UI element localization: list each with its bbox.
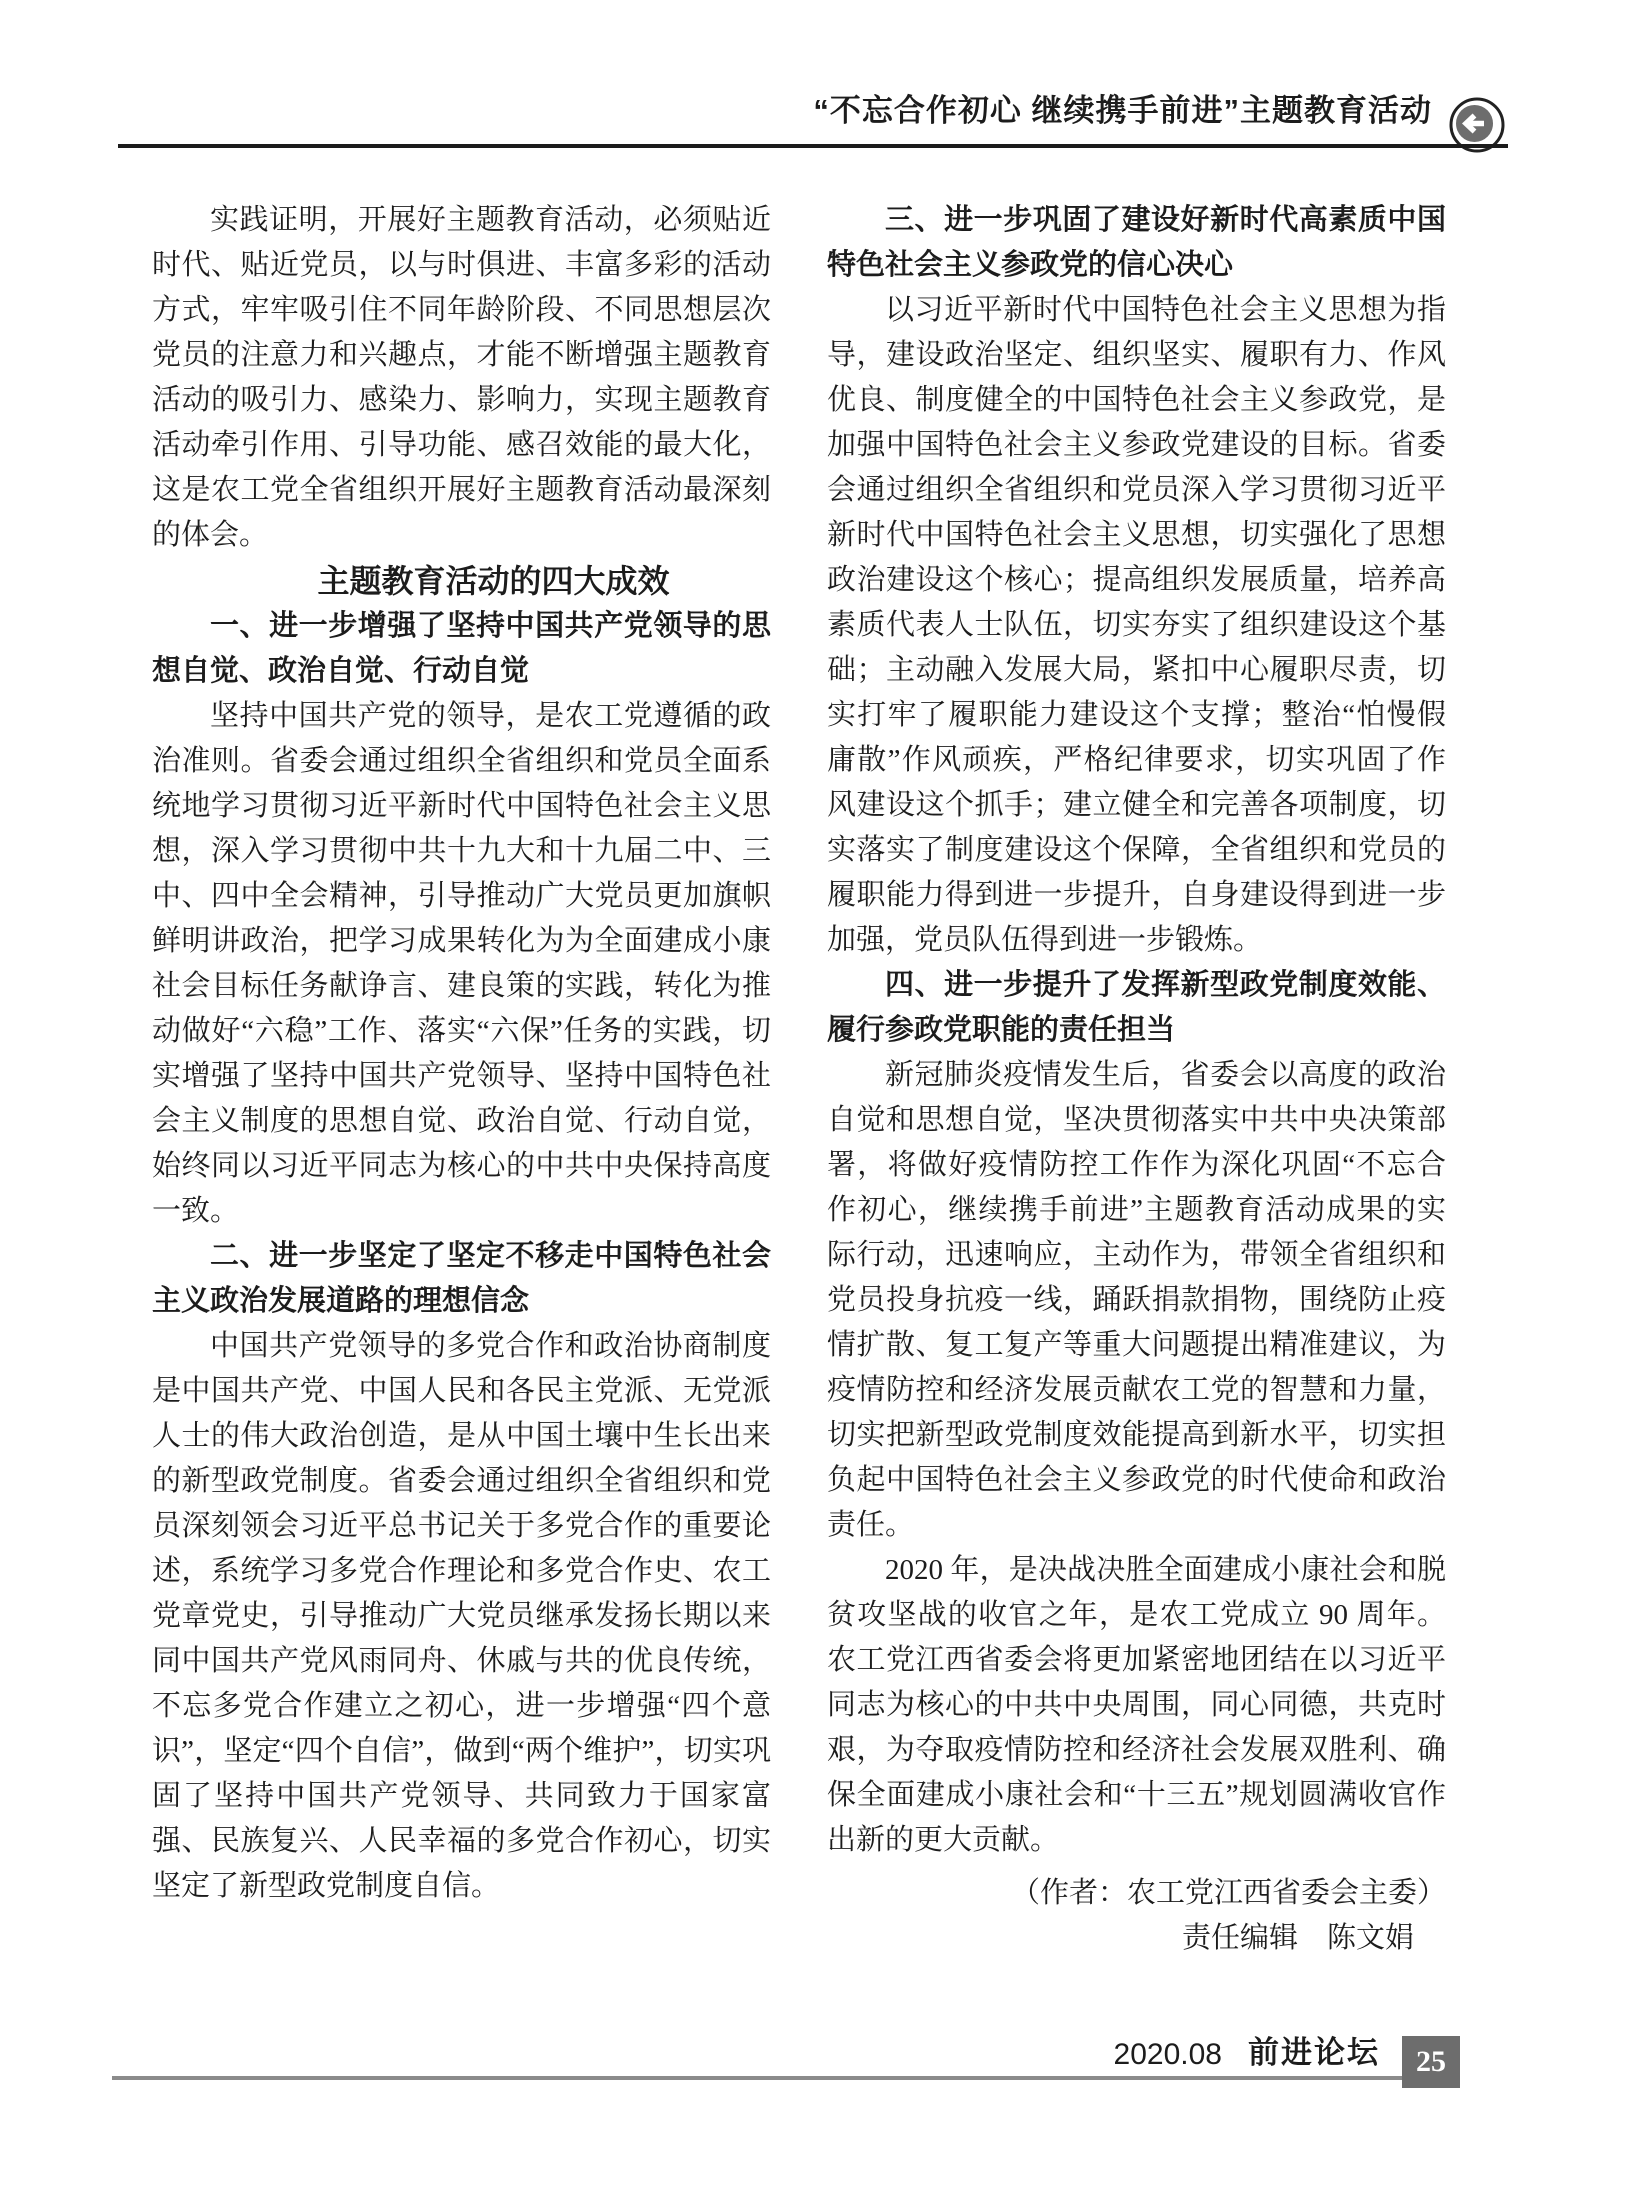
left-column: 实践证明，开展好主题教育活动，必须贴近时代、贴近党员，以与时俱进、丰富多彩的活动…: [152, 198, 771, 1961]
page: “不忘合作初心 继续携手前进”主题教育活动 实践证明，开展好主题教育活动，必须贴…: [0, 0, 1632, 2199]
page-header: “不忘合作初心 继续携手前进”主题教育活动: [118, 0, 1512, 148]
subheading-3: 三、进一步巩固了建设好新时代高素质中国特色社会主义参政党的信心决心: [827, 198, 1446, 288]
footer-issue: 2020.08: [1114, 2038, 1222, 2088]
closing-paragraph: 2020 年，是决战决胜全面建成小康社会和脱贫攻坚战的收官之年，是农工党成立 9…: [827, 1548, 1446, 1863]
author-line: （作者：农工党江西省委会主委）: [827, 1871, 1446, 1916]
right-column: 三、进一步巩固了建设好新时代高素质中国特色社会主义参政党的信心决心 以习近平新时…: [827, 198, 1446, 1961]
subheading-1: 一、进一步增强了坚持中国共产党领导的思想自觉、政治自觉、行动自觉: [152, 604, 771, 694]
section-title: 主题教育活动的四大成效: [152, 558, 771, 604]
intro-paragraph: 实践证明，开展好主题教育活动，必须贴近时代、贴近党员，以与时俱进、丰富多彩的活动…: [152, 198, 771, 558]
header-title: “不忘合作初心 继续携手前进”主题教育活动: [813, 85, 1432, 130]
paragraph-2: 中国共产党领导的多党合作和政治协商制度是中国共产党、中国人民和各民主党派、无党派…: [152, 1324, 771, 1909]
page-footer: 2020.08 前进论坛 25: [112, 2026, 1460, 2088]
paragraph-4: 新冠肺炎疫情发生后，省委会以高度的政治自觉和思想自觉，坚决贯彻落实中共中央决策部…: [827, 1053, 1446, 1548]
footer-journal-name: 前进论坛: [1248, 2027, 1380, 2088]
footer-content: 2020.08 前进论坛 25: [1114, 2027, 1460, 2088]
header-rule: [118, 144, 1508, 148]
subheading-2: 二、进一步坚定了坚定不移走中国特色社会主义政治发展道路的理想信念: [152, 1234, 771, 1324]
paragraph-3: 以习近平新时代中国特色社会主义思想为指导，建设政治坚定、组织坚实、履职有力、作风…: [827, 288, 1446, 963]
page-number-badge: 25: [1402, 2036, 1460, 2088]
article-body: 实践证明，开展好主题教育活动，必须贴近时代、贴近党员，以与时俱进、丰富多彩的活动…: [152, 198, 1446, 1961]
editor-line: 责任编辑 陈文娟: [827, 1916, 1446, 1961]
paragraph-1: 坚持中国共产党的领导，是农工党遵循的政治准则。省委会通过组织全省组织和党员全面系…: [152, 694, 771, 1234]
subheading-4: 四、进一步提升了发挥新型政党制度效能、履行参政党职能的责任担当: [827, 963, 1446, 1053]
